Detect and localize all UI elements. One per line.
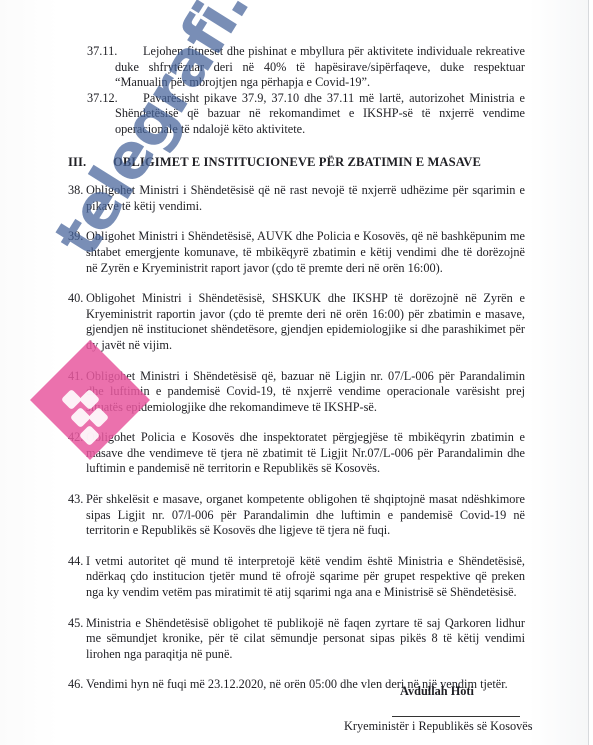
item-text: Obligohet Ministri i Shëndetësisë, SHSKU… (86, 291, 525, 352)
item-number: 40. (68, 291, 83, 307)
signature-line (392, 716, 520, 717)
item-text: Obligohet Policia e Kosovës dhe inspekto… (86, 430, 525, 475)
item-text: Obligohet Ministri i Shëndetësisë, AUVK … (86, 229, 525, 274)
signatory-name: Avdullah Hoti (400, 684, 474, 699)
item-text: Për shkelësit e masave, organet kompeten… (86, 492, 525, 537)
list-item: 45. Ministria e Shëndetësisë obligohet t… (68, 616, 525, 663)
item-number: 45. (68, 616, 83, 632)
subitem-number: 37.11. (87, 44, 117, 60)
item-number: 44. (68, 554, 83, 570)
subitem-number: 37.12. (87, 91, 118, 107)
item-number: 43. (68, 492, 83, 508)
item-number: 46. (68, 677, 83, 693)
item-text: I vetmi autoritet që mund të interpretoj… (86, 554, 525, 599)
telegrafi-logo-icon (30, 340, 150, 460)
document-page: 37.11. Lejohen fitneset dhe pishinat e m… (0, 0, 589, 745)
list-item: 44. I vetmi autoritet që mund të interpr… (68, 554, 525, 601)
item-text: Obligohet Ministri i Shëndetësisë që, ba… (86, 369, 525, 414)
signatory-title: Kryeministër i Republikës së Kosovës (344, 719, 533, 734)
item-text: Ministria e Shëndetësisë obligohet të pu… (86, 616, 525, 661)
list-item: 43. Për shkelësit e masave, organet komp… (68, 492, 525, 539)
list-item: 39. Obligohet Ministri i Shëndetësisë, A… (68, 229, 525, 276)
